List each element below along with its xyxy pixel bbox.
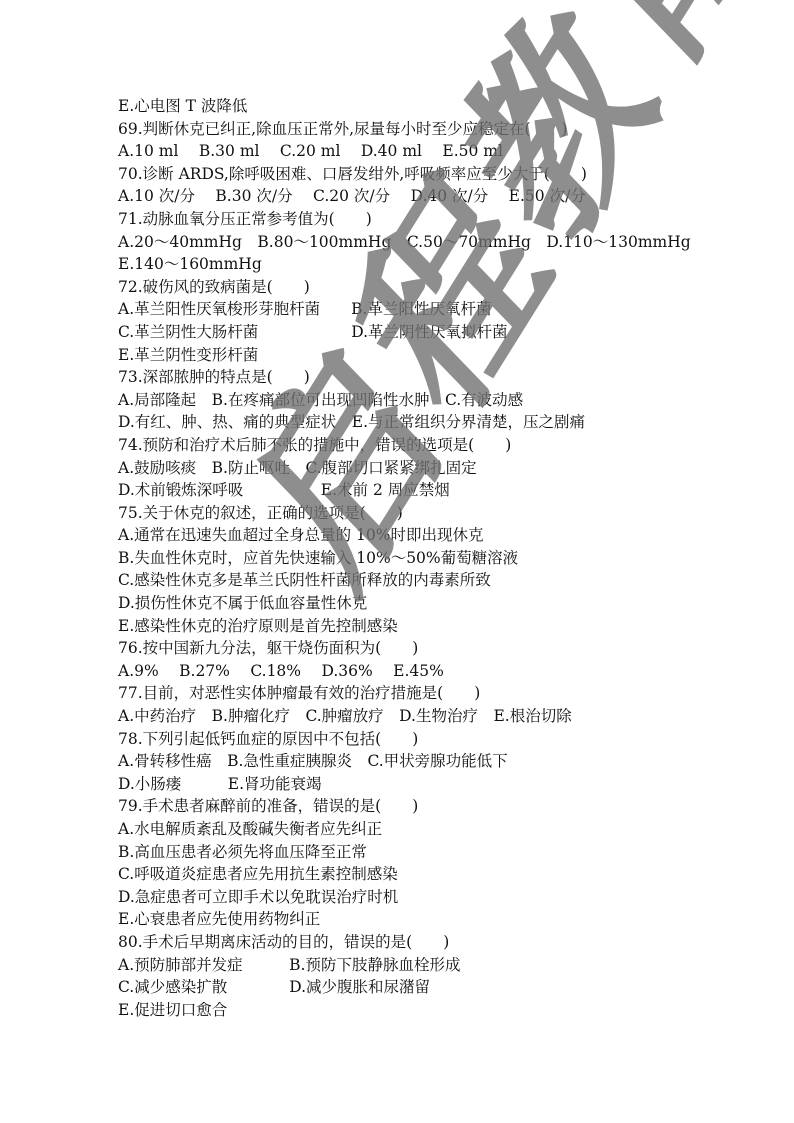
question-79: 79.手术患者麻醉前的准备，错误的是( ) bbox=[118, 795, 688, 818]
question-72: 72.破伤风的致病菌是( ) bbox=[118, 276, 688, 299]
options-71-e: E.140～160mmHg bbox=[118, 253, 688, 276]
option-79-b: B.高血压患者必须先将血压降至正常 bbox=[118, 841, 688, 864]
question-74: 74.预防和治疗术后肺不张的措施中，错误的选项是( ) bbox=[118, 434, 688, 457]
option-79-e: E.心衰患者应先使用药物纠正 bbox=[118, 908, 688, 931]
options-72-e: E.革兰阴性变形杆菌 bbox=[118, 344, 688, 367]
option-79-d: D.急症患者可立即手术以免耽误治疗时机 bbox=[118, 886, 688, 909]
options-78-de: D.小肠瘘 E.肾功能衰竭 bbox=[118, 773, 688, 796]
option-79-c: C.呼吸道炎症患者应先用抗生素控制感染 bbox=[118, 863, 688, 886]
option-75-b: B.失血性休克时，应首先快速输入 10%～50%葡萄糖溶液 bbox=[118, 547, 688, 570]
option-line: E.心电图 T 波降低 bbox=[118, 95, 688, 118]
option-75-d: D.损伤性休克不属于低血容量性休克 bbox=[118, 592, 688, 615]
question-80: 80.手术后早期离床活动的目的，错误的是( ) bbox=[118, 931, 688, 954]
options-78-abc: A.骨转移性癌 B.急性重症胰腺炎 C.甲状旁腺功能低下 bbox=[118, 750, 688, 773]
question-73: 73.深部脓肿的特点是( ) bbox=[118, 366, 688, 389]
option-79-a: A.水电解质紊乱及酸碱失衡者应先纠正 bbox=[118, 818, 688, 841]
option-75-a: A.通常在迅速失血超过全身总量的 10%时即出现休克 bbox=[118, 524, 688, 547]
question-78: 78.下列引起低钙血症的原因中不包括( ) bbox=[118, 728, 688, 751]
question-69: 69.判断休克已纠正,除血压正常外,尿量每小时至少应稳定在( ) bbox=[118, 118, 688, 141]
options-80-ab: A.预防肺部并发症 B.预防下肢静脉血栓形成 bbox=[118, 954, 688, 977]
question-75: 75.关于休克的叙述，正确的选项是( ) bbox=[118, 502, 688, 525]
options-80-e: E.促进切口愈合 bbox=[118, 999, 688, 1022]
options-76: A.9% B.27% C.18% D.36% E.45% bbox=[118, 660, 688, 683]
options-72-ab: A.革兰阳性厌氧梭形芽胞杆菌 B.革兰阳性厌氧杆菌 bbox=[118, 298, 688, 321]
options-71-a-d: A.20～40mmHg B.80～100mmHg C.50～70mmHg D.1… bbox=[118, 231, 688, 254]
exam-questions: E.心电图 T 波降低 69.判断休克已纠正,除血压正常外,尿量每小时至少应稳定… bbox=[118, 95, 688, 1021]
options-73-abc: A.局部隆起 B.在疼痛部位可出现凹陷性水肿 C.有波动感 bbox=[118, 389, 688, 412]
question-71: 71.动脉血氧分压正常参考值为( ) bbox=[118, 208, 688, 231]
option-75-c: C.感染性休克多是革兰氏阴性杆菌所释放的内毒素所致 bbox=[118, 569, 688, 592]
options-74-abc: A.鼓励咳痰 B.防止呕吐 C.腹部切口紧紧绑扎固定 bbox=[118, 457, 688, 480]
options-74-de: D.术前锻炼深呼吸 E.术前 2 周应禁烟 bbox=[118, 479, 688, 502]
options-69: A.10 ml B.30 ml C.20 ml D.40 ml E.50 ml bbox=[118, 140, 688, 163]
question-70: 70.诊断 ARDS,除呼吸困难、口唇发绀外,呼吸频率应至少大于( ) bbox=[118, 163, 688, 186]
option-75-e: E.感染性休克的治疗原则是首先控制感染 bbox=[118, 615, 688, 638]
options-72-cd: C.革兰阴性大肠杆菌 D.革兰阴性厌氧拟杆菌 bbox=[118, 321, 688, 344]
document-page: E.心电图 T 波降低 69.判断休克已纠正,除血压正常外,尿量每小时至少应稳定… bbox=[0, 0, 794, 1123]
question-77: 77.目前，对恶性实体肿瘤最有效的治疗措施是( ) bbox=[118, 682, 688, 705]
options-73-de: D.有红、肿、热、痛的典型症状 E.与正常组织分界清楚，压之剧痛 bbox=[118, 411, 688, 434]
question-76: 76.按中国新九分法，躯干烧伤面积为( ) bbox=[118, 637, 688, 660]
options-70: A.10 次/分 B.30 次/分 C.20 次/分 D.40 次/分 E.50… bbox=[118, 185, 688, 208]
options-77: A.中药治疗 B.肿瘤化疗 C.肿瘤放疗 D.生物治疗 E.根治切除 bbox=[118, 705, 688, 728]
options-80-cd: C.减少感染扩散 D.减少腹胀和尿潴留 bbox=[118, 976, 688, 999]
